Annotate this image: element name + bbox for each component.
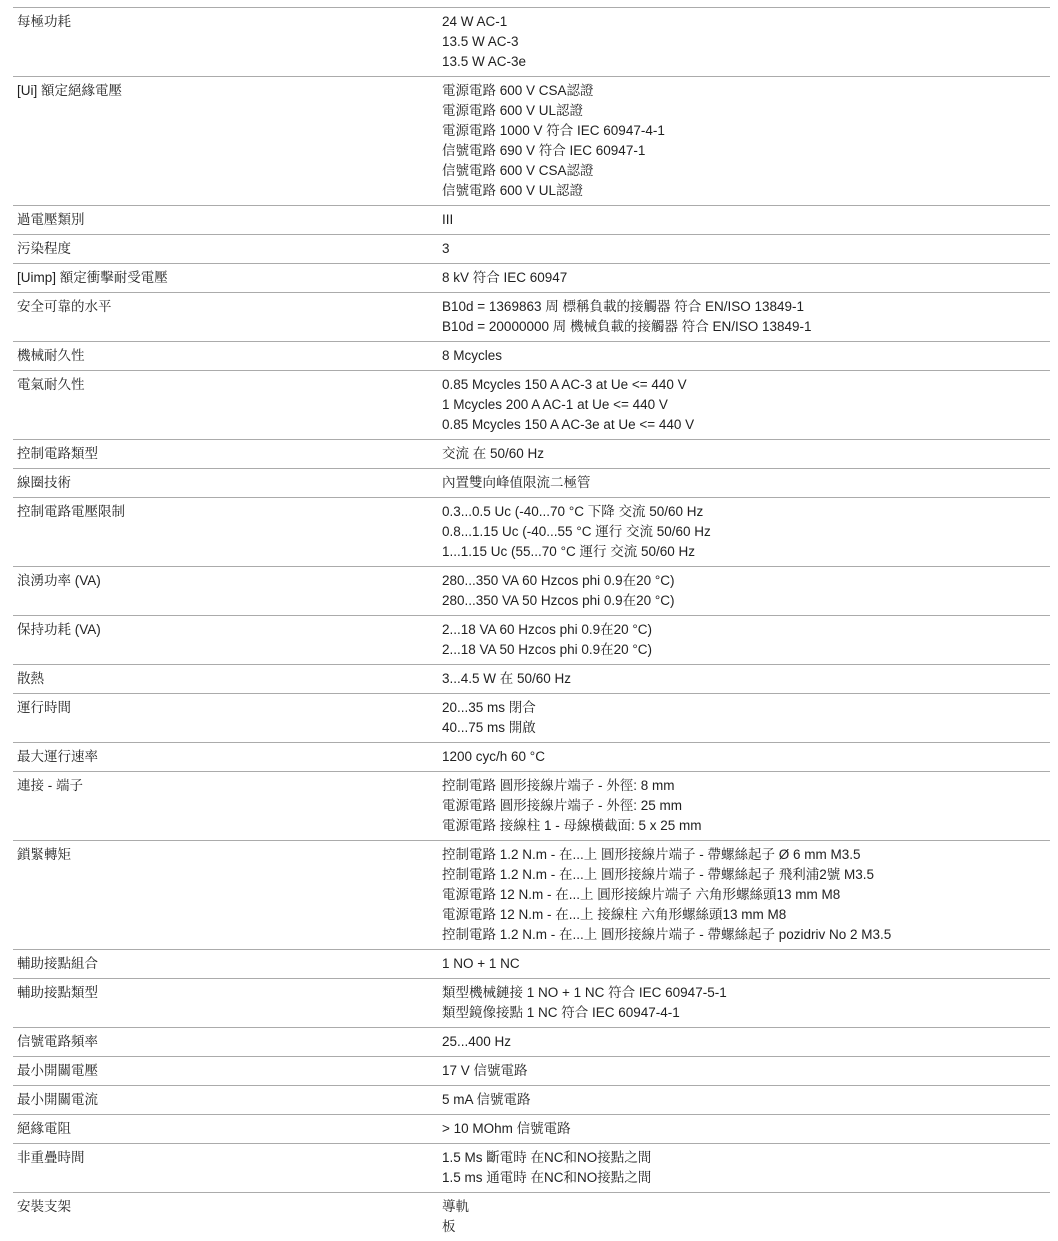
spec-values: 控制電路 1.2 N.m - 在...上 圓形接線片端子 - 帶螺絲起子 Ø 6… xyxy=(442,845,1050,945)
spec-value-line: 內置雙向峰值限流二極管 xyxy=(442,473,1050,493)
spec-value-line: 8 Mcycles xyxy=(442,346,1050,366)
spec-values: 0.3...0.5 Uc (-40...70 °C 下降 交流 50/60 Hz… xyxy=(442,502,1050,562)
spec-row: 安全可靠的水平B10d = 1369863 周 標稱負載的接觸器 符合 EN/I… xyxy=(13,292,1050,341)
spec-value-line: 1.5 Ms 斷電時 在NC和NO接點之間 xyxy=(442,1148,1050,1168)
spec-row: 控制電路類型交流 在 50/60 Hz xyxy=(13,439,1050,468)
spec-row: 保持功耗 (VA)2...18 VA 60 Hzcos phi 0.9在20 °… xyxy=(13,615,1050,664)
spec-values: 17 V 信號電路 xyxy=(442,1061,1050,1081)
spec-row: 浪湧功率 (VA)280...350 VA 60 Hzcos phi 0.9在2… xyxy=(13,566,1050,615)
spec-label: 電氣耐久性 xyxy=(13,375,442,395)
spec-row: 最小開關電壓17 V 信號電路 xyxy=(13,1056,1050,1085)
spec-row: 安裝支架導軌板 xyxy=(13,1192,1050,1241)
spec-row: 污染程度3 xyxy=(13,234,1050,263)
spec-value-line: 信號電路 600 V UL認證 xyxy=(442,181,1050,201)
spec-values: 導軌板 xyxy=(442,1197,1050,1237)
spec-label: 最小開關電流 xyxy=(13,1090,442,1110)
spec-label: 安裝支架 xyxy=(13,1197,442,1217)
spec-row: 連接 - 端子控制電路 圓形接線片端子 - 外徑: 8 mm電源電路 圓形接線片… xyxy=(13,771,1050,840)
spec-value-line: 280...350 VA 50 Hzcos phi 0.9在20 °C) xyxy=(442,591,1050,611)
spec-row: [Uimp] 額定衝擊耐受電壓8 kV 符合 IEC 60947 xyxy=(13,263,1050,292)
spec-value-line: 0.8...1.15 Uc (-40...55 °C 運行 交流 50/60 H… xyxy=(442,522,1050,542)
spec-values: 類型機械鏈接 1 NO + 1 NC 符合 IEC 60947-5-1類型鏡像接… xyxy=(442,983,1050,1023)
spec-values: > 10 MOhm 信號電路 xyxy=(442,1119,1050,1139)
spec-values: 1 NO + 1 NC xyxy=(442,954,1050,974)
spec-label: 信號電路頻率 xyxy=(13,1032,442,1052)
spec-value-line: 1.5 ms 通電時 在NC和NO接點之間 xyxy=(442,1168,1050,1188)
spec-value-line: 13.5 W AC-3e xyxy=(442,52,1050,72)
spec-value-line: 電源電路 600 V UL認證 xyxy=(442,101,1050,121)
spec-label: 連接 - 端子 xyxy=(13,776,442,796)
spec-label: 鎖緊轉矩 xyxy=(13,845,442,865)
spec-row: 機械耐久性8 Mcycles xyxy=(13,341,1050,370)
spec-value-line: 17 V 信號電路 xyxy=(442,1061,1050,1081)
spec-value-line: 信號電路 600 V CSA認證 xyxy=(442,161,1050,181)
spec-label: 每極功耗 xyxy=(13,12,442,32)
spec-value-line: 0.85 Mcycles 150 A AC-3e at Ue <= 440 V xyxy=(442,415,1050,435)
spec-label: 過電壓類別 xyxy=(13,210,442,230)
spec-row: 散熱3...4.5 W 在 50/60 Hz xyxy=(13,664,1050,693)
spec-values: 20...35 ms 閉合40...75 ms 開啟 xyxy=(442,698,1050,738)
spec-value-line: 控制電路 1.2 N.m - 在...上 圓形接線片端子 - 帶螺絲起子 poz… xyxy=(442,925,1050,945)
spec-row: 輔助接點類型類型機械鏈接 1 NO + 1 NC 符合 IEC 60947-5-… xyxy=(13,978,1050,1027)
spec-label: 污染程度 xyxy=(13,239,442,259)
spec-value-line: 3...4.5 W 在 50/60 Hz xyxy=(442,669,1050,689)
spec-row: 電氣耐久性0.85 Mcycles 150 A AC-3 at Ue <= 44… xyxy=(13,370,1050,439)
spec-values: 內置雙向峰值限流二極管 xyxy=(442,473,1050,493)
spec-values: 8 Mcycles xyxy=(442,346,1050,366)
spec-label: 絕緣電阻 xyxy=(13,1119,442,1139)
spec-value-line: 0.85 Mcycles 150 A AC-3 at Ue <= 440 V xyxy=(442,375,1050,395)
spec-values: 5 mA 信號電路 xyxy=(442,1090,1050,1110)
spec-value-line: 20...35 ms 閉合 xyxy=(442,698,1050,718)
spec-row: 運行時間20...35 ms 閉合40...75 ms 開啟 xyxy=(13,693,1050,742)
spec-value-line: 交流 在 50/60 Hz xyxy=(442,444,1050,464)
spec-value-line: 電源電路 接線柱 1 - 母線橫截面: 5 x 25 mm xyxy=(442,816,1050,836)
spec-value-line: 8 kV 符合 IEC 60947 xyxy=(442,268,1050,288)
spec-value-line: B10d = 1369863 周 標稱負載的接觸器 符合 EN/ISO 1384… xyxy=(442,297,1050,317)
spec-label: 浪湧功率 (VA) xyxy=(13,571,442,591)
spec-label: [Ui] 額定絕緣電壓 xyxy=(13,81,442,101)
spec-value-line: 板 xyxy=(442,1217,1050,1237)
spec-row: 最小開關電流5 mA 信號電路 xyxy=(13,1085,1050,1114)
spec-value-line: 電源電路 600 V CSA認證 xyxy=(442,81,1050,101)
spec-values: 1.5 Ms 斷電時 在NC和NO接點之間1.5 ms 通電時 在NC和NO接點… xyxy=(442,1148,1050,1188)
spec-values: 280...350 VA 60 Hzcos phi 0.9在20 °C)280.… xyxy=(442,571,1050,611)
spec-label: [Uimp] 額定衝擊耐受電壓 xyxy=(13,268,442,288)
spec-label: 控制電路電壓限制 xyxy=(13,502,442,522)
spec-value-line: 控制電路 1.2 N.m - 在...上 圓形接線片端子 - 帶螺絲起子 Ø 6… xyxy=(442,845,1050,865)
spec-values: B10d = 1369863 周 標稱負載的接觸器 符合 EN/ISO 1384… xyxy=(442,297,1050,337)
spec-row: 每極功耗24 W AC-113.5 W AC-313.5 W AC-3e xyxy=(13,7,1050,76)
spec-row: 線圈技術內置雙向峰值限流二極管 xyxy=(13,468,1050,497)
spec-row: 過電壓類別III xyxy=(13,205,1050,234)
spec-value-line: 24 W AC-1 xyxy=(442,12,1050,32)
spec-values: 8 kV 符合 IEC 60947 xyxy=(442,268,1050,288)
spec-value-line: 1 NO + 1 NC xyxy=(442,954,1050,974)
spec-label: 線圈技術 xyxy=(13,473,442,493)
spec-value-line: 2...18 VA 60 Hzcos phi 0.9在20 °C) xyxy=(442,620,1050,640)
spec-value-line: 0.3...0.5 Uc (-40...70 °C 下降 交流 50/60 Hz xyxy=(442,502,1050,522)
spec-value-line: 類型機械鏈接 1 NO + 1 NC 符合 IEC 60947-5-1 xyxy=(442,983,1050,1003)
spec-values: 交流 在 50/60 Hz xyxy=(442,444,1050,464)
spec-row: 最大運行速率1200 cyc/h 60 °C xyxy=(13,742,1050,771)
spec-value-line: 1...1.15 Uc (55...70 °C 運行 交流 50/60 Hz xyxy=(442,542,1050,562)
spec-label: 散熱 xyxy=(13,669,442,689)
spec-value-line: > 10 MOhm 信號電路 xyxy=(442,1119,1050,1139)
spec-values: 25...400 Hz xyxy=(442,1032,1050,1052)
spec-values: 3 xyxy=(442,239,1050,259)
spec-label: 輔助接點組合 xyxy=(13,954,442,974)
spec-value-line: 1200 cyc/h 60 °C xyxy=(442,747,1050,767)
spec-values: 控制電路 圓形接線片端子 - 外徑: 8 mm電源電路 圓形接線片端子 - 外徑… xyxy=(442,776,1050,836)
spec-value-line: 導軌 xyxy=(442,1197,1050,1217)
spec-value-line: 3 xyxy=(442,239,1050,259)
spec-label: 最大運行速率 xyxy=(13,747,442,767)
spec-row: 非重疊時間1.5 Ms 斷電時 在NC和NO接點之間1.5 ms 通電時 在NC… xyxy=(13,1143,1050,1192)
spec-value-line: 電源電路 1000 V 符合 IEC 60947-4-1 xyxy=(442,121,1050,141)
spec-values: III xyxy=(442,210,1050,230)
spec-label: 安全可靠的水平 xyxy=(13,297,442,317)
spec-label: 運行時間 xyxy=(13,698,442,718)
spec-label: 控制電路類型 xyxy=(13,444,442,464)
spec-row: 信號電路頻率25...400 Hz xyxy=(13,1027,1050,1056)
spec-value-line: 電源電路 12 N.m - 在...上 圓形接線片端子 六角形螺絲頭13 mm … xyxy=(442,885,1050,905)
spec-row: [Ui] 額定絕緣電壓電源電路 600 V CSA認證電源電路 600 V UL… xyxy=(13,76,1050,205)
spec-label: 非重疊時間 xyxy=(13,1148,442,1168)
spec-label: 輔助接點類型 xyxy=(13,983,442,1003)
spec-values: 0.85 Mcycles 150 A AC-3 at Ue <= 440 V1 … xyxy=(442,375,1050,435)
spec-value-line: 13.5 W AC-3 xyxy=(442,32,1050,52)
spec-value-line: B10d = 20000000 周 機械負載的接觸器 符合 EN/ISO 138… xyxy=(442,317,1050,337)
spec-row: 輔助接點組合1 NO + 1 NC xyxy=(13,949,1050,978)
spec-values: 1200 cyc/h 60 °C xyxy=(442,747,1050,767)
spec-value-line: 25...400 Hz xyxy=(442,1032,1050,1052)
spec-values: 2...18 VA 60 Hzcos phi 0.9在20 °C)2...18 … xyxy=(442,620,1050,660)
spec-value-line: 電源電路 圓形接線片端子 - 外徑: 25 mm xyxy=(442,796,1050,816)
spec-values: 3...4.5 W 在 50/60 Hz xyxy=(442,669,1050,689)
spec-label: 機械耐久性 xyxy=(13,346,442,366)
spec-label: 最小開關電壓 xyxy=(13,1061,442,1081)
spec-value-line: 280...350 VA 60 Hzcos phi 0.9在20 °C) xyxy=(442,571,1050,591)
spec-row: 控制電路電壓限制0.3...0.5 Uc (-40...70 °C 下降 交流 … xyxy=(13,497,1050,566)
spec-value-line: 信號電路 690 V 符合 IEC 60947-1 xyxy=(442,141,1050,161)
spec-value-line: 1 Mcycles 200 A AC-1 at Ue <= 440 V xyxy=(442,395,1050,415)
spec-value-line: 5 mA 信號電路 xyxy=(442,1090,1050,1110)
spec-value-line: 類型鏡像接點 1 NC 符合 IEC 60947-4-1 xyxy=(442,1003,1050,1023)
spec-value-line: 電源電路 12 N.m - 在...上 接線柱 六角形螺絲頭13 mm M8 xyxy=(442,905,1050,925)
spec-table: 每極功耗24 W AC-113.5 W AC-313.5 W AC-3e[Ui]… xyxy=(13,7,1050,1241)
spec-value-line: III xyxy=(442,210,1050,230)
spec-values: 電源電路 600 V CSA認證電源電路 600 V UL認證電源電路 1000… xyxy=(442,81,1050,201)
spec-value-line: 控制電路 1.2 N.m - 在...上 圓形接線片端子 - 帶螺絲起子 飛利浦… xyxy=(442,865,1050,885)
spec-label: 保持功耗 (VA) xyxy=(13,620,442,640)
spec-values: 24 W AC-113.5 W AC-313.5 W AC-3e xyxy=(442,12,1050,72)
spec-value-line: 控制電路 圓形接線片端子 - 外徑: 8 mm xyxy=(442,776,1050,796)
spec-value-line: 2...18 VA 50 Hzcos phi 0.9在20 °C) xyxy=(442,640,1050,660)
spec-row: 絕緣電阻> 10 MOhm 信號電路 xyxy=(13,1114,1050,1143)
spec-row: 鎖緊轉矩控制電路 1.2 N.m - 在...上 圓形接線片端子 - 帶螺絲起子… xyxy=(13,840,1050,949)
spec-value-line: 40...75 ms 開啟 xyxy=(442,718,1050,738)
